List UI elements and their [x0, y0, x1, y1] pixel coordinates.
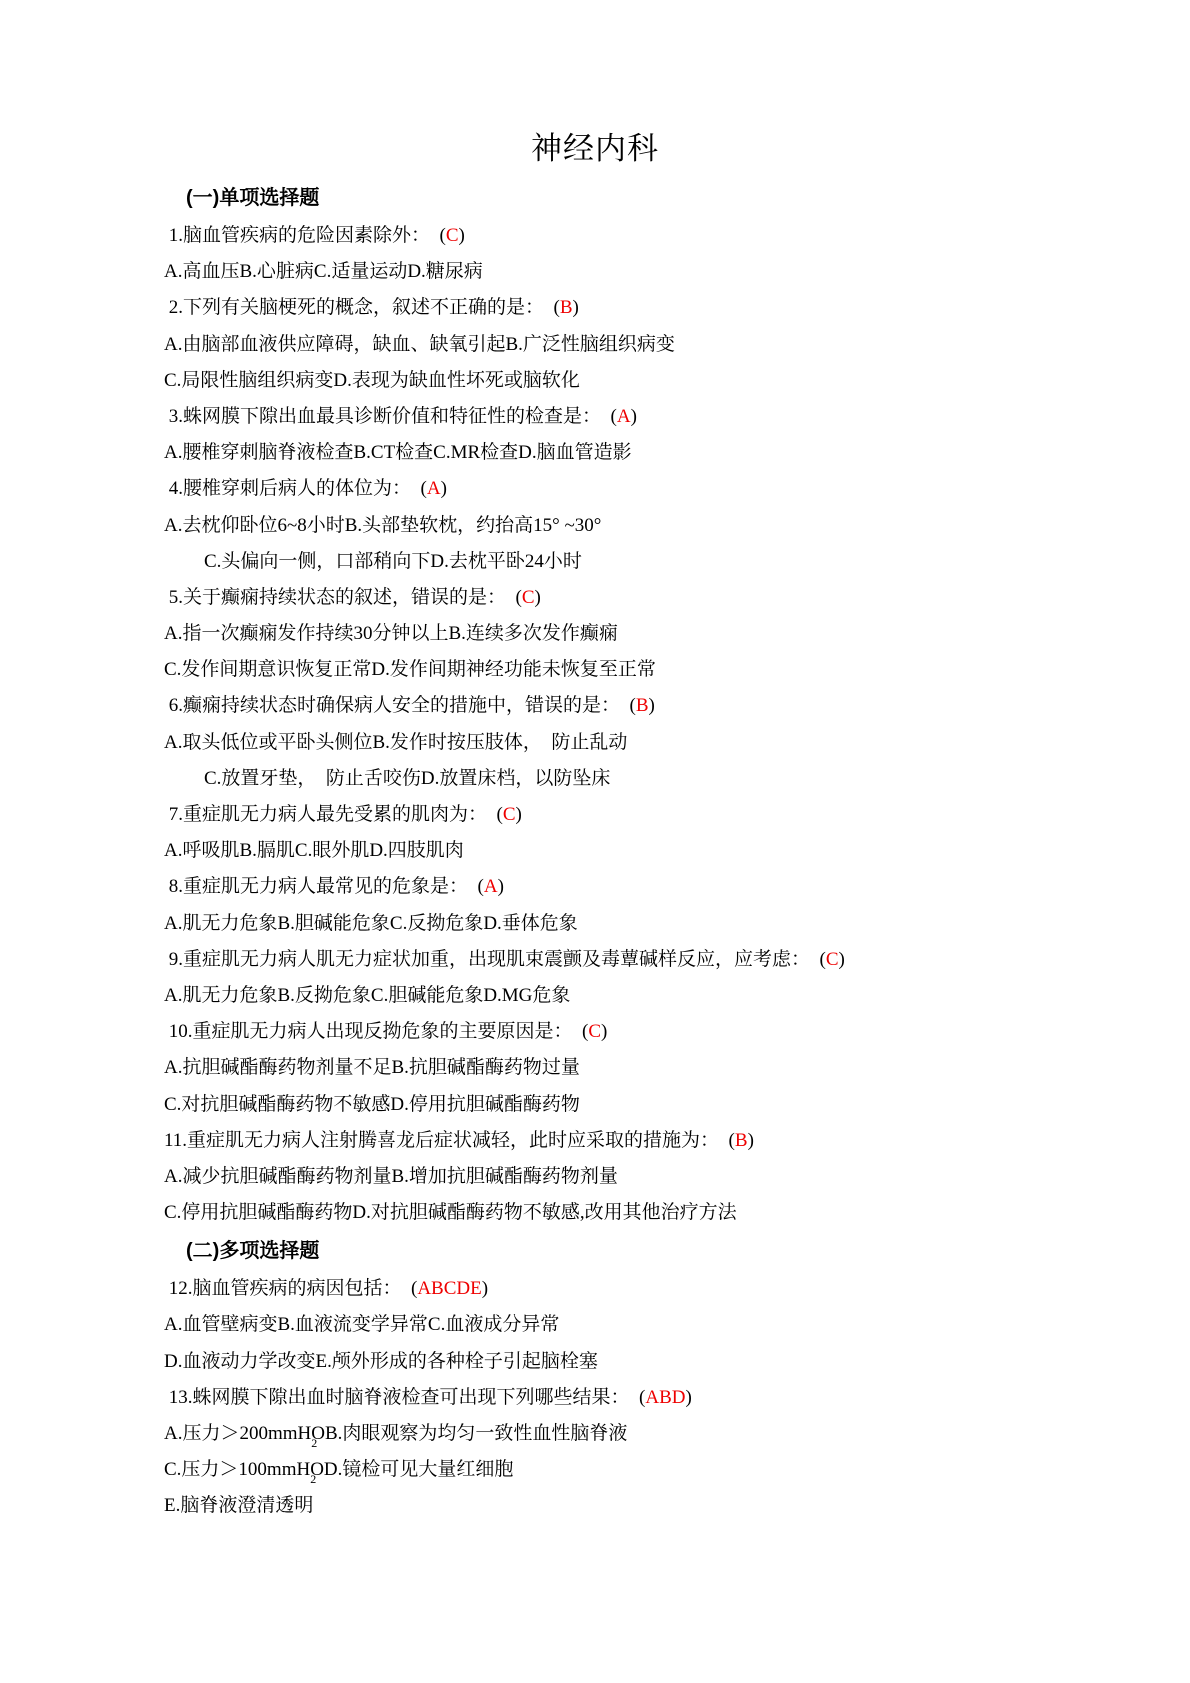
answer-letter: A	[427, 478, 441, 499]
text-segment: C.对抗胆碱酯酶药物不敏感D.停用抗胆碱酯酶药物	[164, 1094, 580, 1115]
question-line: 13.蛛网膜下隙出血时脑脊液检查可出现下列哪些结果： (ABD)	[164, 1380, 1150, 1416]
text-segment: 13.蛛网膜下隙出血时脑脊液检查可出现下列哪些结果： (	[164, 1387, 645, 1408]
option-line: C.压力＞100mmH2OD.镜检可见大量红细胞	[164, 1452, 1150, 1488]
text-segment: )	[535, 587, 541, 608]
text-segment: )	[839, 949, 845, 970]
question-line: 5.关于癫痫持续状态的叙述，错误的是： (C)	[164, 580, 1150, 616]
option-line: A.呼吸肌B.膈肌C.眼外肌D.四肢肌肉	[164, 833, 1150, 869]
text-segment: )	[459, 225, 465, 246]
text-segment: A.血管壁病变B.血液流变学异常C.血液成分异常	[164, 1314, 559, 1335]
text-segment: A.压力＞200mmH	[164, 1423, 311, 1444]
text-segment: )	[748, 1130, 754, 1151]
text-segment: 6.癫痫持续状态时确保病人安全的措施中，错误的是： (	[164, 695, 636, 716]
text-segment: )	[601, 1021, 607, 1042]
option-line: A.高血压B.心脏病C.适量运动D.糖尿病	[164, 254, 1150, 290]
question-line: 12.脑血管疾病的病因包括： (ABCDE)	[164, 1271, 1150, 1307]
question-line: 4.腰椎穿刺后病人的体位为： (A)	[164, 471, 1150, 507]
answer-letter: ABCDE	[417, 1278, 481, 1299]
text-segment: A.肌无力危象B.反拗危象C.胆碱能危象D.MG危象	[164, 985, 570, 1006]
option-line: D.血液动力学改变E.颅外形成的各种栓子引起脑栓塞	[164, 1344, 1150, 1380]
content: (一)单项选择题 1.脑血管疾病的危险因素除外： (C)A.高血压B.心脏病C.…	[0, 178, 1190, 1525]
question-line: 7.重症肌无力病人最先受累的肌肉为： (C)	[164, 797, 1150, 833]
option-line: A.取头低位或平卧头侧位B.发作时按压肢体， 防止乱动	[164, 725, 1150, 761]
text-segment: A.由脑部血液供应障碍，缺血、缺氧引起B.广泛性脑组织病变	[164, 334, 675, 355]
text-segment: A.去枕仰卧位6~8小时B.头部垫软枕，约抬高15° ~30°	[164, 515, 601, 536]
option-line: A.去枕仰卧位6~8小时B.头部垫软枕，约抬高15° ~30°	[164, 508, 1150, 544]
question-line: 9.重症肌无力病人肌无力症状加重，出现肌束震颤及毒蕈碱样反应，应考虑： (C)	[164, 942, 1150, 978]
answer-letter: C	[446, 225, 459, 246]
text-segment: C.停用抗胆碱酯酶药物D.对抗胆碱酯酶药物不敏感,改用其他治疗方法	[164, 1202, 737, 1223]
page-title: 神经内科	[0, 0, 1190, 170]
option-line: A.减少抗胆碱酯酶药物剂量B.增加抗胆碱酯酶药物剂量	[164, 1159, 1150, 1195]
text-segment: 7.重症肌无力病人最先受累的肌肉为： (	[164, 804, 503, 825]
text-segment: C.发作间期意识恢复正常D.发作间期神经功能未恢复至正常	[164, 659, 656, 680]
answer-letter: A	[484, 876, 498, 897]
text-segment: A.腰椎穿刺脑脊液检查B.CT检查C.MR检查D.脑血管造影	[164, 442, 632, 463]
question-line: 3.蛛网膜下隙出血最具诊断价值和特征性的检查是： (A)	[164, 399, 1150, 435]
text-segment: )	[516, 804, 522, 825]
text-segment: 12.脑血管疾病的病因包括： (	[164, 1278, 417, 1299]
text-segment: 10.重症肌无力病人出现反拗危象的主要原因是： (	[164, 1021, 588, 1042]
text-segment: )	[685, 1387, 691, 1408]
text-segment: )	[441, 478, 447, 499]
answer-letter: A	[617, 406, 631, 427]
text-segment: )	[573, 297, 579, 318]
text-segment: A.指一次癫痫发作持续30分钟以上B.连续多次发作癫痫	[164, 623, 618, 644]
option-line: A.抗胆碱酯酶药物剂量不足B.抗胆碱酯酶药物过量	[164, 1050, 1150, 1086]
text-segment: )	[649, 695, 655, 716]
answer-letter: C	[522, 587, 535, 608]
text-segment: 11.重症肌无力病人注射腾喜龙后症状减轻，此时应采取的措施为： (	[164, 1130, 735, 1151]
answer-letter: C	[503, 804, 516, 825]
text-segment: A.呼吸肌B.膈肌C.眼外肌D.四肢肌肉	[164, 840, 464, 861]
question-line: 8.重症肌无力病人最常见的危象是： (A)	[164, 869, 1150, 905]
text-segment: 5.关于癫痫持续状态的叙述，错误的是： (	[164, 587, 522, 608]
answer-letter: B	[560, 297, 573, 318]
answer-letter: C	[826, 949, 839, 970]
option-line: A.指一次癫痫发作持续30分钟以上B.连续多次发作癫痫	[164, 616, 1150, 652]
text-segment: 8.重症肌无力病人最常见的危象是： (	[164, 876, 484, 897]
text-segment: A.取头低位或平卧头侧位B.发作时按压肢体， 防止乱动	[164, 732, 627, 753]
text-segment: OB.肉眼观察为均匀一致性血性脑脊液	[311, 1423, 627, 1444]
subscript-2: 2	[310, 1472, 316, 1486]
option-line: A.血管壁病变B.血液流变学异常C.血液成分异常	[164, 1307, 1150, 1343]
option-line: A.由脑部血液供应障碍，缺血、缺氧引起B.广泛性脑组织病变	[164, 327, 1150, 363]
text-segment: C.头偏向一侧，口部稍向下D.去枕平卧24小时	[204, 551, 582, 572]
option-line: C.发作间期意识恢复正常D.发作间期神经功能未恢复至正常	[164, 652, 1150, 688]
option-line: A.腰椎穿刺脑脊液检查B.CT检查C.MR检查D.脑血管造影	[164, 435, 1150, 471]
text-segment: 2.下列有关脑梗死的概念，叙述不正确的是： (	[164, 297, 560, 318]
text-segment: A.高血压B.心脏病C.适量运动D.糖尿病	[164, 261, 483, 282]
answer-letter: B	[636, 695, 649, 716]
question-line: 2.下列有关脑梗死的概念，叙述不正确的是： (B)	[164, 290, 1150, 326]
option-line: C.停用抗胆碱酯酶药物D.对抗胆碱酯酶药物不敏感,改用其他治疗方法	[164, 1195, 1150, 1231]
text-segment: 3.蛛网膜下隙出血最具诊断价值和特征性的检查是： (	[164, 406, 617, 427]
option-line: C.对抗胆碱酯酶药物不敏感D.停用抗胆碱酯酶药物	[164, 1087, 1150, 1123]
text-segment: 9.重症肌无力病人肌无力症状加重，出现肌束震颤及毒蕈碱样反应，应考虑： (	[164, 949, 826, 970]
answer-letter: B	[735, 1130, 748, 1151]
option-line: A.肌无力危象B.反拗危象C.胆碱能危象D.MG危象	[164, 978, 1150, 1014]
section-heading: (一)单项选择题	[164, 178, 1150, 218]
section-heading: (二)多项选择题	[164, 1231, 1150, 1271]
text-segment: 4.腰椎穿刺后病人的体位为： (	[164, 478, 427, 499]
question-line: 10.重症肌无力病人出现反拗危象的主要原因是： (C)	[164, 1014, 1150, 1050]
document-page: 神经内科 (一)单项选择题 1.脑血管疾病的危险因素除外： (C)A.高血压B.…	[0, 0, 1190, 1683]
text-segment: )	[631, 406, 637, 427]
text-segment: )	[482, 1278, 488, 1299]
question-line: 6.癫痫持续状态时确保病人安全的措施中，错误的是： (B)	[164, 688, 1150, 724]
question-line: 1.脑血管疾病的危险因素除外： (C)	[164, 218, 1150, 254]
text-segment: A.抗胆碱酯酶药物剂量不足B.抗胆碱酯酶药物过量	[164, 1057, 580, 1078]
text-segment: A.减少抗胆碱酯酶药物剂量B.增加抗胆碱酯酶药物剂量	[164, 1166, 618, 1187]
answer-letter: C	[588, 1021, 601, 1042]
text-segment: C.局限性脑组织病变D.表现为缺血性坏死或脑软化	[164, 370, 580, 391]
subscript-2: 2	[311, 1436, 317, 1450]
option-line: E.脑脊液澄清透明	[164, 1488, 1150, 1524]
option-line: A.肌无力危象B.胆碱能危象C.反拗危象D.垂体危象	[164, 906, 1150, 942]
text-segment: )	[498, 876, 504, 897]
text-segment: D.血液动力学改变E.颅外形成的各种栓子引起脑栓塞	[164, 1351, 598, 1372]
option-line: C.头偏向一侧，口部稍向下D.去枕平卧24小时	[164, 544, 1150, 580]
text-segment: 1.脑血管疾病的危险因素除外： (	[164, 225, 446, 246]
text-segment: A.肌无力危象B.胆碱能危象C.反拗危象D.垂体危象	[164, 913, 578, 934]
text-segment: E.脑脊液澄清透明	[164, 1495, 313, 1516]
answer-letter: ABD	[645, 1387, 685, 1408]
question-line: 11.重症肌无力病人注射腾喜龙后症状减轻，此时应采取的措施为： (B)	[164, 1123, 1150, 1159]
text-segment: OD.镜检可见大量红细胞	[310, 1459, 513, 1480]
text-segment: C.放置牙垫， 防止舌咬伤D.放置床档，以防坠床	[204, 768, 610, 789]
option-line: A.压力＞200mmH2OB.肉眼观察为均匀一致性血性脑脊液	[164, 1416, 1150, 1452]
option-line: C.局限性脑组织病变D.表现为缺血性坏死或脑软化	[164, 363, 1150, 399]
text-segment: C.压力＞100mmH	[164, 1459, 310, 1480]
option-line: C.放置牙垫， 防止舌咬伤D.放置床档，以防坠床	[164, 761, 1150, 797]
